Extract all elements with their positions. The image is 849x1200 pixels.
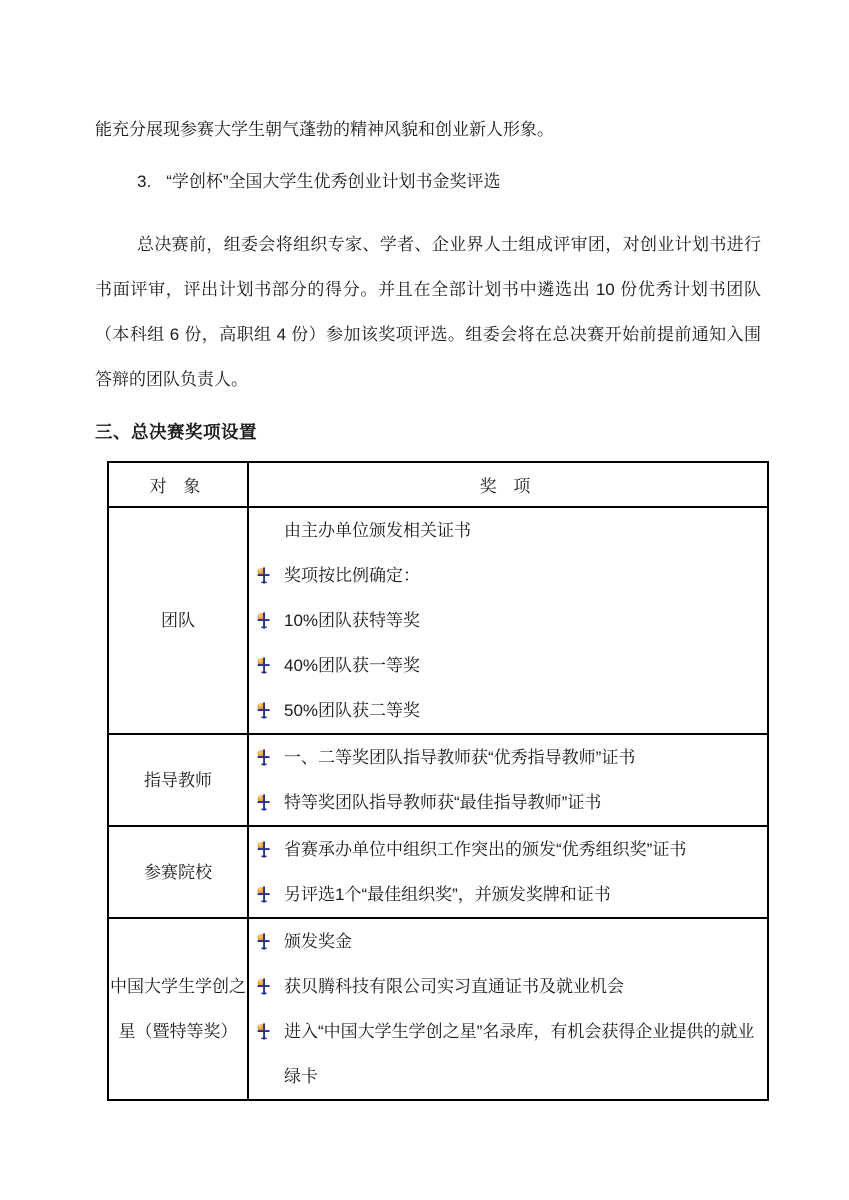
award-table: 对 象 奖 项 团队 由主办单位颁发相关证书 奖项按比例确定： 10%团队获特等… bbox=[107, 461, 769, 1101]
award-item-text: 40%团队获一等奖 bbox=[284, 643, 420, 688]
object-cell-star: 中国大学生学创之星（暨特等奖） bbox=[108, 918, 248, 1100]
plane-bullet-icon bbox=[257, 794, 270, 811]
intro-paragraph: 能充分展现参赛大学生朝气蓬勃的精神风貌和创业新人形象。 bbox=[95, 117, 761, 143]
award-cell-team: 由主办单位颁发相关证书 奖项按比例确定： 10%团队获特等奖 40%团队获一等奖… bbox=[248, 507, 768, 734]
plane-bullet-icon bbox=[257, 749, 270, 766]
list-item-number: 3. bbox=[137, 169, 151, 195]
award-item: 获贝腾科技有限公司实习直通证书及就业机会 bbox=[249, 964, 767, 1009]
award-item-text: 另评选1个“最佳组织奖”，并颁发奖牌和证书 bbox=[284, 872, 611, 917]
award-item-text: 50%团队获二等奖 bbox=[284, 688, 420, 733]
award-item: 40%团队获一等奖 bbox=[249, 643, 767, 688]
bullet-spacer bbox=[257, 522, 270, 539]
table-row-advisor: 指导教师 一、二等奖团队指导教师获“优秀指导教师”证书 特等奖团队指导教师获“最… bbox=[108, 734, 768, 826]
plane-bullet-icon bbox=[257, 841, 270, 858]
award-item-text: 一、二等奖团队指导教师获“优秀指导教师”证书 bbox=[284, 735, 635, 780]
document-page: 能充分展现参赛大学生朝气蓬勃的精神风貌和创业新人形象。 3. “学创杯”全国大学… bbox=[0, 0, 849, 1200]
award-item: 一、二等奖团队指导教师获“优秀指导教师”证书 bbox=[249, 735, 767, 780]
award-item: 由主办单位颁发相关证书 bbox=[249, 508, 767, 553]
plane-bullet-icon bbox=[257, 1023, 270, 1040]
plane-bullet-icon bbox=[257, 612, 270, 629]
award-cell-advisor: 一、二等奖团队指导教师获“优秀指导教师”证书 特等奖团队指导教师获“最佳指导教师… bbox=[248, 734, 768, 826]
object-cell-advisor: 指导教师 bbox=[108, 734, 248, 826]
award-item-text: 特等奖团队指导教师获“最佳指导教师”证书 bbox=[284, 780, 601, 825]
award-item-text: 省赛承办单位中组织工作突出的颁发“优秀组织奖”证书 bbox=[284, 827, 686, 872]
list-item-3: 3. “学创杯”全国大学生优秀创业计划书金奖评选 bbox=[95, 169, 761, 195]
award-item: 颁发奖金 bbox=[249, 919, 767, 964]
plane-bullet-icon bbox=[257, 933, 270, 950]
award-item-text: 进入“中国大学生学创之星”名录库，有机会获得企业提供的就业绿卡 bbox=[284, 1009, 757, 1099]
award-cell-school: 省赛承办单位中组织工作突出的颁发“优秀组织奖”证书 另评选1个“最佳组织奖”，并… bbox=[248, 826, 768, 918]
table-row-school: 参赛院校 省赛承办单位中组织工作突出的颁发“优秀组织奖”证书 另评选1个“最佳组… bbox=[108, 826, 768, 918]
plane-bullet-icon bbox=[257, 702, 270, 719]
list-item-title: “学创杯”全国大学生优秀创业计划书金奖评选 bbox=[166, 169, 500, 195]
table-row-team: 团队 由主办单位颁发相关证书 奖项按比例确定： 10%团队获特等奖 40%团队获… bbox=[108, 507, 768, 734]
body-paragraph: 总决赛前，组委会将组织专家、学者、企业界人士组成评审团，对创业计划书进行书面评审… bbox=[95, 222, 761, 402]
award-item: 特等奖团队指导教师获“最佳指导教师”证书 bbox=[249, 780, 767, 825]
object-cell-school: 参赛院校 bbox=[108, 826, 248, 918]
section-heading: 三、总决赛奖项设置 bbox=[95, 419, 761, 445]
plane-bullet-icon bbox=[257, 657, 270, 674]
col-header-award: 奖 项 bbox=[248, 462, 768, 507]
award-item: 10%团队获特等奖 bbox=[249, 598, 767, 643]
award-item-text: 颁发奖金 bbox=[284, 919, 352, 964]
table-row-star: 中国大学生学创之星（暨特等奖） 颁发奖金 获贝腾科技有限公司实习直通证书及就业机… bbox=[108, 918, 768, 1100]
award-item: 50%团队获二等奖 bbox=[249, 688, 767, 733]
award-item: 省赛承办单位中组织工作突出的颁发“优秀组织奖”证书 bbox=[249, 827, 767, 872]
award-item: 奖项按比例确定： bbox=[249, 553, 767, 598]
award-item-text: 10%团队获特等奖 bbox=[284, 598, 420, 643]
table-header-row: 对 象 奖 项 bbox=[108, 462, 768, 507]
plane-bullet-icon bbox=[257, 567, 270, 584]
award-item: 另评选1个“最佳组织奖”，并颁发奖牌和证书 bbox=[249, 872, 767, 917]
col-header-object: 对 象 bbox=[108, 462, 248, 507]
award-cell-star: 颁发奖金 获贝腾科技有限公司实习直通证书及就业机会 进入“中国大学生学创之星”名… bbox=[248, 918, 768, 1100]
plane-bullet-icon bbox=[257, 886, 270, 903]
plane-bullet-icon bbox=[257, 978, 270, 995]
award-item-text: 奖项按比例确定： bbox=[284, 553, 420, 598]
award-item-text: 由主办单位颁发相关证书 bbox=[284, 508, 471, 553]
award-item-text: 获贝腾科技有限公司实习直通证书及就业机会 bbox=[284, 964, 624, 1009]
object-cell-team: 团队 bbox=[108, 507, 248, 734]
award-item: 进入“中国大学生学创之星”名录库，有机会获得企业提供的就业绿卡 bbox=[249, 1009, 767, 1099]
